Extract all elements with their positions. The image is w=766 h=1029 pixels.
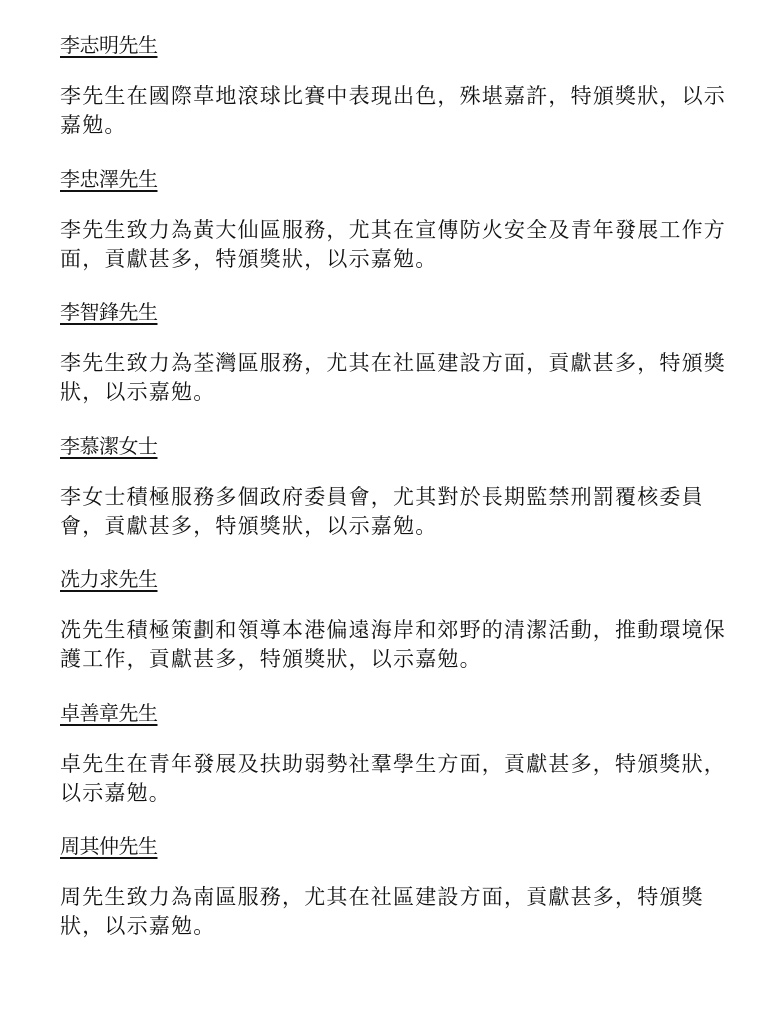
awardee-name: 卓善章先生 — [60, 698, 158, 728]
award-entry: 卓善章先生 卓先生在青年發展及扶助弱勢社羣學生方面，貢獻甚多，特頒獎狀，以示嘉勉… — [60, 698, 730, 832]
award-entry: 李志明先生 李先生在國際草地滾球比賽中表現出色，殊堪嘉許，特頒獎狀，以示嘉勉。 — [60, 30, 730, 164]
award-citation: 卓先生在青年發展及扶助弱勢社羣學生方面，貢獻甚多，特頒獎狀，以示嘉勉。 — [60, 750, 730, 808]
award-citation: 李先生致力為荃灣區服務，尤其在社區建設方面，貢獻甚多，特頒獎狀，以示嘉勉。 — [60, 349, 730, 407]
award-citation: 周先生致力為南區服務，尤其在社區建設方面，貢獻甚多，特頒獎狀，以示嘉勉。 — [60, 883, 730, 941]
award-entry: 李慕潔女士 李女士積極服務多個政府委員會，尤其對於長期監禁刑罰覆核委員會，貢獻甚… — [60, 431, 730, 565]
awardee-name: 冼力求先生 — [60, 564, 158, 594]
award-entry: 周其仲先生 周先生致力為南區服務，尤其在社區建設方面，貢獻甚多，特頒獎狀，以示嘉… — [60, 831, 730, 965]
award-citation: 李女士積極服務多個政府委員會，尤其對於長期監禁刑罰覆核委員會，貢獻甚多，特頒獎狀… — [60, 483, 730, 541]
awardee-name: 周其仲先生 — [60, 831, 158, 861]
awardee-name: 李志明先生 — [60, 30, 158, 60]
award-entry: 李忠澤先生 李先生致力為黃大仙區服務，尤其在宣傳防火安全及青年發展工作方面，貢獻… — [60, 164, 730, 298]
award-entry: 李智鋒先生 李先生致力為荃灣區服務，尤其在社區建設方面，貢獻甚多，特頒獎狀，以示… — [60, 297, 730, 431]
award-citation: 李先生在國際草地滾球比賽中表現出色，殊堪嘉許，特頒獎狀，以示嘉勉。 — [60, 82, 730, 140]
award-entry: 冼力求先生 冼先生積極策劃和領導本港偏遠海岸和郊野的清潔活動，推動環境保護工作，… — [60, 564, 730, 698]
awardee-name: 李智鋒先生 — [60, 297, 158, 327]
awardee-name: 李忠澤先生 — [60, 164, 158, 194]
award-citation: 李先生致力為黃大仙區服務，尤其在宣傳防火安全及青年發展工作方面，貢獻甚多，特頒獎… — [60, 216, 730, 274]
document-page: 李志明先生 李先生在國際草地滾球比賽中表現出色，殊堪嘉許，特頒獎狀，以示嘉勉。 … — [60, 30, 730, 965]
awardee-name: 李慕潔女士 — [60, 431, 158, 461]
award-citation: 冼先生積極策劃和領導本港偏遠海岸和郊野的清潔活動，推動環境保護工作，貢獻甚多，特… — [60, 616, 730, 674]
